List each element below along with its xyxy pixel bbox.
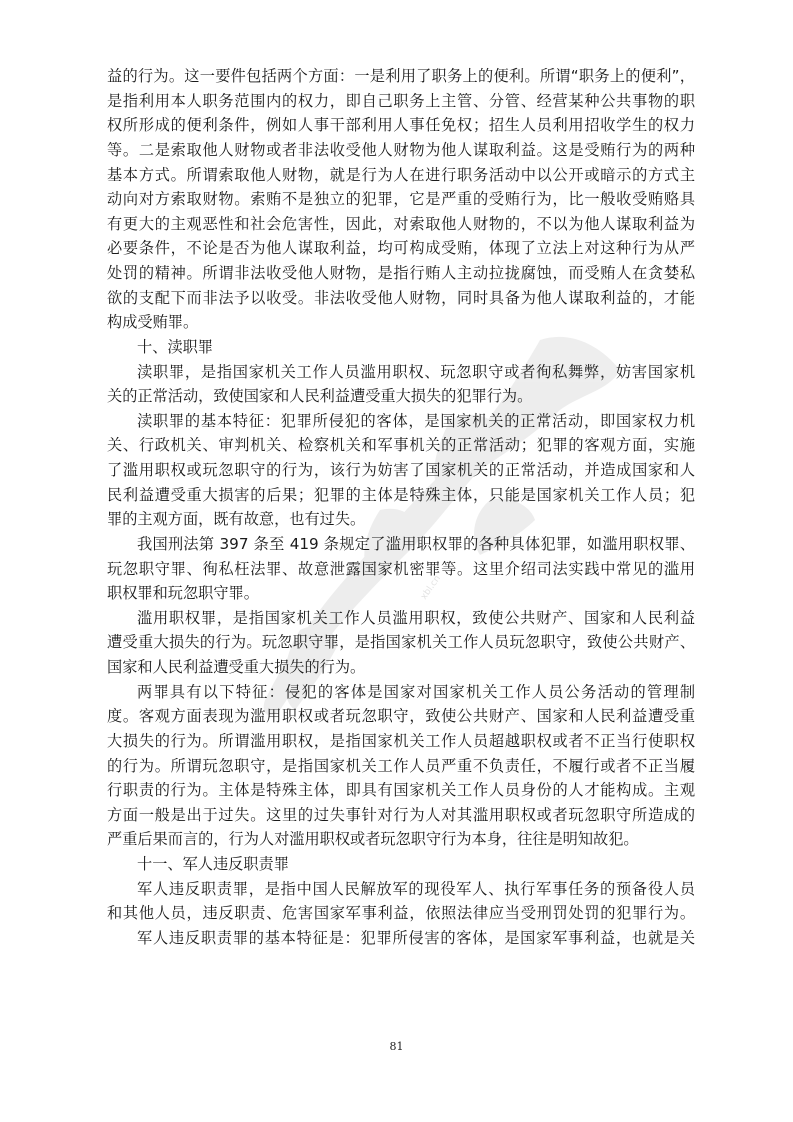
- text-line: 遭受重大损失的行为。玩忽职守罪，是指国家机关工作人员玩忽职守，致使公共财产、: [107, 630, 695, 655]
- text-line: 渎职罪，是指国家机关工作人员滥用职权、玩忽职守或者徇私舞弊，妨害国家机: [107, 360, 695, 385]
- text-line: 处罚的精神。所谓非法收受他人财物，是指行贿人主动拉拢腐蚀，而受贿人在贪婪私: [107, 261, 695, 286]
- text-line: 益的行为。这一要件包括两个方面：一是利用了职务上的便利。所谓“职务上的便利”，: [107, 64, 695, 89]
- text-line: 方面一般是出于过失。这里的过失事针对行为人对其滥用职权或者玩忽职守所造成的: [107, 803, 695, 828]
- text-line: 军人违反职责罪，是指中国人民解放军的现役军人、执行军事任务的预备役人员: [107, 877, 695, 902]
- section-heading: 十、渎职罪: [107, 335, 695, 360]
- text-line: 大损失的行为。所谓滥用职权，是指国家机关工作人员超越职权或者不正当行使职权: [107, 729, 695, 754]
- section-heading: 十一、军人违反职责罪: [107, 852, 695, 877]
- text-line: 玩忽职守罪、徇私枉法罪、故意泄露国家机密罪等。这里介绍司法实践中常见的滥用: [107, 557, 695, 582]
- text-line: 严重后果而言的，行为人对滥用职权或者玩忽职守行为本身，往往是明知故犯。: [107, 827, 695, 852]
- text-line: 罪的主观方面，既有故意，也有过失。: [107, 507, 695, 532]
- text-line: 和其他人员，违反职责、危害国家军事利益，依照法律应当受刑罚处罚的犯罪行为。: [107, 901, 695, 926]
- text-line: 关的正常活动，致使国家和人民利益遭受重大损失的犯罪行为。: [107, 384, 695, 409]
- text-line: 的行为。所谓玩忽职守，是指国家机关工作人员严重不负责任，不履行或者不正当履: [107, 754, 695, 779]
- text-line: 等。二是索取他人财物或者非法收受他人财物为他人谋取利益。这是受贿行为的两种: [107, 138, 695, 163]
- text-line: 职权罪和玩忽职守罪。: [107, 581, 695, 606]
- text-line: 了滥用职权或玩忽职守的行为，该行为妨害了国家机关的正常活动，并造成国家和人: [107, 458, 695, 483]
- text-line: 行职责的行为。主体是特殊主体，即具有国家机关工作人员身份的人才能构成。主观: [107, 778, 695, 803]
- text-line: 滥用职权罪，是指国家机关工作人员滥用职权，致使公共财产、国家和人民利益: [107, 606, 695, 631]
- text-line: 民利益遭受重大损害的后果；犯罪的主体是特殊主体，只能是国家机关工作人员；犯: [107, 483, 695, 508]
- text-line: 基本方式。所谓索取他人财物，就是行为人在进行职务活动中以公开或暗示的方式主: [107, 163, 695, 188]
- page-number: 81: [0, 1040, 793, 1053]
- text-line: 我国刑法第 397 条至 419 条规定了滥用职权罪的各种具体犯罪，如滥用职权罪…: [107, 532, 695, 557]
- text-line: 关、行政机关、审判机关、检察机关和军事机关的正常活动；犯罪的客观方面，实施: [107, 433, 695, 458]
- text-line: 国家和人民利益遭受重大损失的行为。: [107, 655, 695, 680]
- text-line: 两罪具有以下特征：侵犯的客体是国家对国家机关工作人员公务活动的管理制: [107, 680, 695, 705]
- text-line: 度。客观方面表现为滥用职权或者玩忽职守，致使公共财产、国家和人民利益遭受重: [107, 704, 695, 729]
- text-line: 必要条件，不论是否为他人谋取利益，均可构成受贿，体现了立法上对这种行为从严: [107, 236, 695, 261]
- text-line: 是指利用本人职务范围内的权力，即自己职务上主管、分管、经营某种公共事物的职: [107, 89, 695, 114]
- text-line: 权所形成的便利条件，例如人事干部利用人事任免权；招生人员利用招收学生的权力: [107, 113, 695, 138]
- text-line: 渎职罪的基本特征：犯罪所侵犯的客体，是国家机关的正常活动，即国家权力机: [107, 409, 695, 434]
- text-line: 欲的支配下而非法予以收受。非法收受他人财物，同时具备为他人谋取利益的，才能: [107, 286, 695, 311]
- text-line: 构成受贿罪。: [107, 310, 695, 335]
- text-line: 动向对方索取财物。索贿不是独立的犯罪，它是严重的受贿行为，比一般收受贿赂具: [107, 187, 695, 212]
- text-line: 军人违反职责罪的基本特征是：犯罪所侵害的客体，是国家军事利益，也就是关: [107, 926, 695, 951]
- body-text: 益的行为。这一要件包括两个方面：一是利用了职务上的便利。所谓“职务上的便利”， …: [107, 64, 695, 951]
- document-page: xbl.cn 益的行为。这一要件包括两个方面：一是利用了职务上的便利。所谓“职务…: [0, 0, 793, 1122]
- text-line: 有更大的主观恶性和社会危害性，因此，对索取他人财物的，不以为他人谋取利益为: [107, 212, 695, 237]
